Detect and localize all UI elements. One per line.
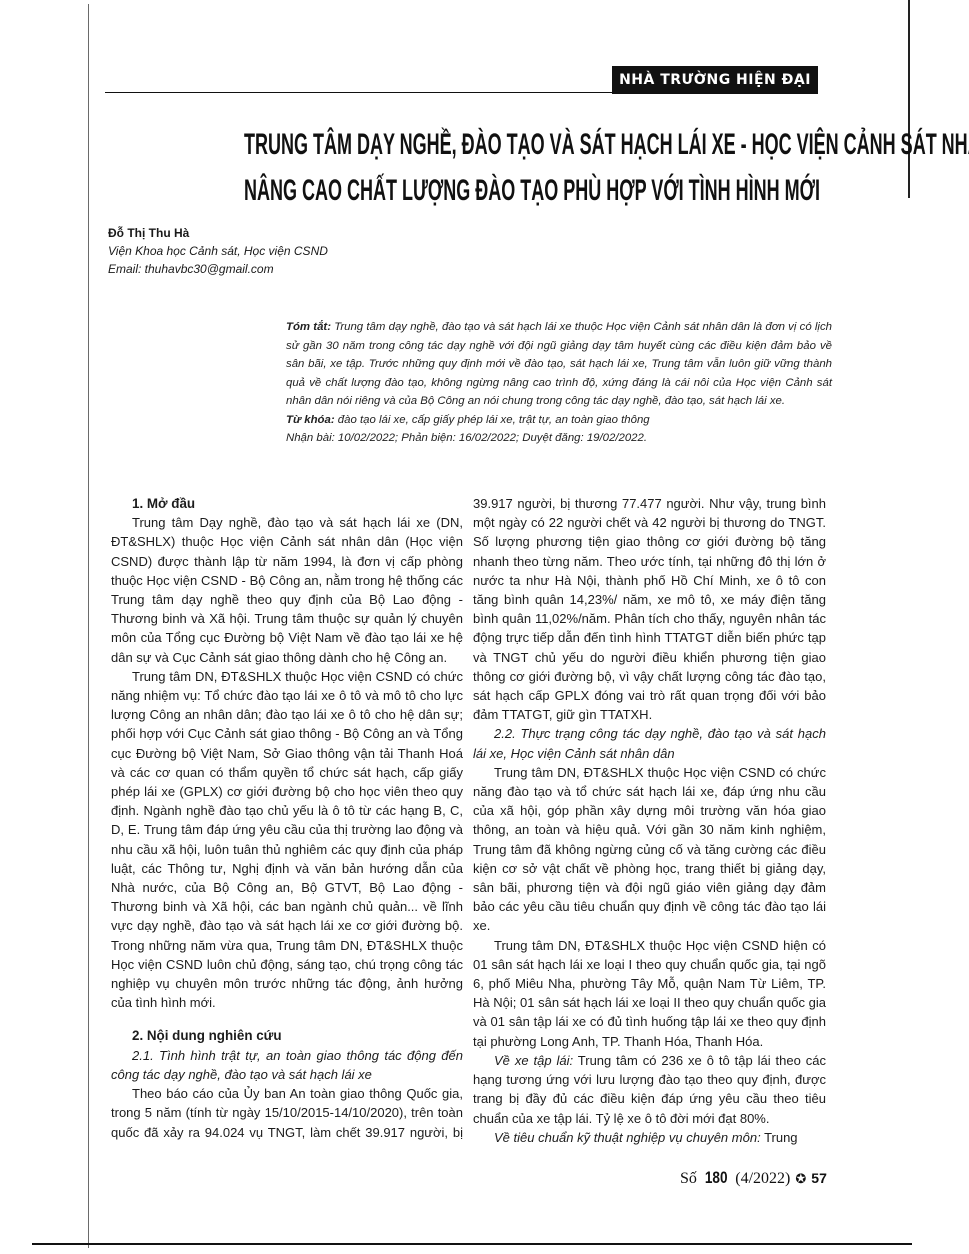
paragraph-continued: 39.917 người, bị thương 77.477 người. Nh… [473,494,826,724]
journal-page: NHÀ TRƯỜNG HIỆN ĐẠI TRUNG TÂM DẠY NGHỀ, … [0,0,969,1254]
paragraph: Theo báo cáo của Ủy ban An toàn giao thô… [111,1084,463,1142]
section-tag: NHÀ TRƯỜNG HIỆN ĐẠI [612,66,818,94]
title-line-2: NÂNG CAO CHẤT LƯỢNG ĐÀO TẠO PHÙ HỢP VỚI … [244,168,676,214]
paragraph: Trung tâm DN, ĐT&SHLX thuộc Học viện CSN… [473,763,826,936]
keywords-label: Từ khóa: [286,414,335,426]
paragraph: Về xe tập lái: Trung tâm có 236 xe ô tô … [473,1051,826,1128]
subsection-heading-2-1: 2.1. Tình hình trật tự, an toàn giao thô… [111,1046,463,1084]
right-margin-rule [908,0,910,198]
abstract-text: Tóm tắt: Trung tâm dạy nghề, đào tạo và … [286,318,832,411]
article-title: TRUNG TÂM DẠY NGHỀ, ĐÀO TẠO VÀ SÁT HẠCH … [100,122,820,214]
subsection-heading-2-2: 2.2. Thực trạng công tác dạy nghề, đào t… [473,724,826,762]
body-column-right: 39.917 người, bị thương 77.477 người. Nh… [473,494,826,1147]
review-dates: Nhận bài: 10/02/2022; Phản biện: 16/02/2… [286,429,832,448]
section-heading-2: 2. Nội dung nghiên cứu [111,1026,463,1045]
issue-date: (4/2022) [735,1170,790,1188]
paragraph: Trung tâm DN, ĐT&SHLX thuộc Học viện CSN… [473,936,826,1051]
star-separator-icon: ✪ [795,1171,806,1187]
paragraph: Trung tâm DN, ĐT&SHLX thuộc Học viện CSN… [111,667,463,1013]
abstract-label: Tóm tắt: [286,321,331,333]
page-number: 57 [811,1170,827,1186]
keywords: Từ khóa: đào tạo lái xe, cấp giấy phép l… [286,411,832,430]
section-heading-1: 1. Mở đầu [111,494,463,513]
issue-number: 180 [705,1168,728,1188]
author-block: Đỗ Thị Thu Hà Viện Khoa học Cảnh sát, Họ… [108,224,328,278]
issue-prefix: Số [680,1170,697,1188]
page-footer: Số 180 (4/2022) ✪ 57 [680,1168,827,1188]
author-name: Đỗ Thị Thu Hà [108,224,328,242]
body-column-left: 1. Mở đầu Trung tâm Dạy nghề, đào tạo và… [111,494,463,1142]
title-line-1: TRUNG TÂM DẠY NGHỀ, ĐÀO TẠO VÀ SÁT HẠCH … [244,122,676,168]
section-rule [105,92,613,93]
author-email: Email: thuhavbc30@gmail.com [108,260,328,278]
author-affiliation: Viện Khoa học Cảnh sát, Học viện CSND [108,242,328,260]
paragraph: Về tiêu chuẩn kỹ thuật nghiệp vụ chuyên … [473,1128,826,1147]
bottom-rule [32,1243,912,1245]
paragraph: Trung tâm Dạy nghề, đào tạo và sát hạch … [111,513,463,667]
abstract-block: Tóm tắt: Trung tâm dạy nghề, đào tạo và … [286,318,832,448]
left-margin-rule [88,4,89,1248]
